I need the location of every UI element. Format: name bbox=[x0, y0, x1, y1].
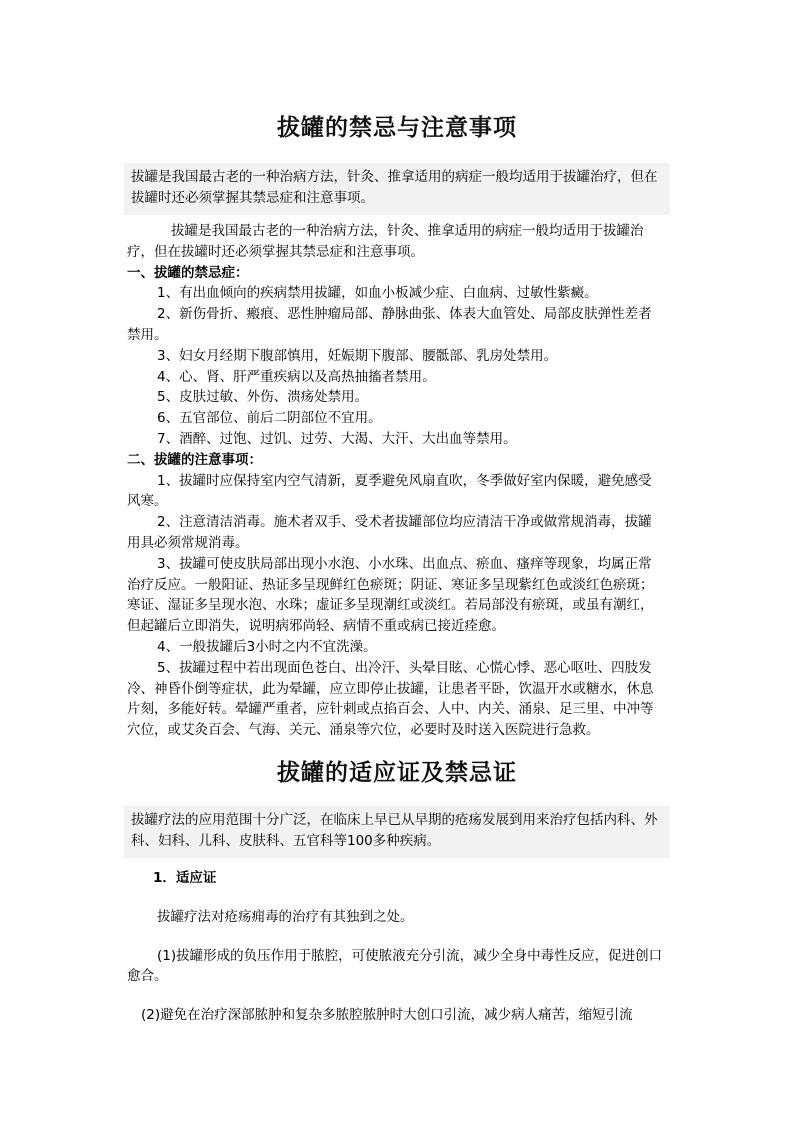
contraindication-item: 2、新伤骨折、瘢痕、恶性肿瘤局部、静脉曲张、体表大血管处、局部皮肤弹性差者禁用。 bbox=[127, 304, 663, 346]
indications-paragraph: (2)避免在治疗深部脓肿和复杂多脓腔脓肿时大创口引流，减少病人痛苦，缩短引流 bbox=[127, 1005, 663, 1026]
indications-heading: 1．适应证 bbox=[127, 868, 663, 889]
precaution-item: 2、注意清洁消毒。施术者双手、受术者拔罐部位均应清洁干净或做常规消毒，拔罐用具必… bbox=[127, 512, 663, 554]
contraindication-item: 4、心、肾、肝严重疾病以及高热抽搐者禁用。 bbox=[127, 367, 663, 388]
section-summary-box: 拔罐是我国最古老的一种治病方法，针灸、推拿适用的病症一般均适用于拔罐治疗，但在拔… bbox=[124, 163, 670, 215]
section-title-indications: 拔罐的适应证及禁忌证 bbox=[0, 758, 794, 788]
contraindication-item: 3、妇女月经期下腹部慎用，妊娠期下腹部、腰骶部、乳房处禁用。 bbox=[127, 346, 663, 367]
intro-paragraph: 拔罐是我国最古老的一种治病方法，针灸、推拿适用的病症一般均适用于拔罐治疗，但在拔… bbox=[127, 221, 663, 263]
section-body: 1．适应证 拔罐疗法对疮疡痈毒的治疗有其独到之处。 (1)拔罐形成的负压作用于脓… bbox=[127, 868, 663, 1026]
precaution-item: 4、一般拔罐后3小时之内不宜洗澡。 bbox=[127, 637, 663, 658]
precaution-item: 1、拔罐时应保持室内空气清新，夏季避免风扇直吹，冬季做好室内保暖，避免感受风寒。 bbox=[127, 471, 663, 513]
contraindications-heading: 一、拔罐的禁忌症： bbox=[127, 263, 663, 284]
indications-paragraph: 拔罐疗法对疮疡痈毒的治疗有其独到之处。 bbox=[127, 907, 663, 928]
section-body: 拔罐是我国最古老的一种治病方法，针灸、推拿适用的病症一般均适用于拔罐治疗，但在拔… bbox=[127, 221, 663, 741]
contraindication-item: 7、酒醉、过饱、过饥、过劳、大渴、大汗、大出血等禁用。 bbox=[127, 429, 663, 450]
contraindication-item: 1、有出血倾向的疾病禁用拔罐，如血小板减少症、白血病、过敏性紫癜。 bbox=[127, 283, 663, 304]
section-summary-box: 拔罐疗法的应用范围十分广泛，在临床上早已从早期的疮疡发展到用来治疗包括内科、外科… bbox=[124, 806, 670, 858]
document-page: 拔罐的禁忌与注意事项 拔罐是我国最古老的一种治病方法，针灸、推拿适用的病症一般均… bbox=[0, 0, 794, 1123]
precaution-item: 5、拔罐过程中若出现面色苍白、出冷汗、头晕目眩、心慌心悸、恶心呕吐、四肢发冷、神… bbox=[127, 658, 663, 741]
precaution-item: 3、拔罐可使皮肤局部出现小水泡、小水珠、出血点、瘀血、瘙痒等现象，均属正常治疗反… bbox=[127, 554, 663, 637]
contraindication-item: 6、五官部位、前后二阴部位不宜用。 bbox=[127, 408, 663, 429]
indications-paragraph: (1)拔罐形成的负压作用于脓腔，可使脓液充分引流，减少全身中毒性反应，促进创口愈… bbox=[127, 946, 663, 988]
section-title-contraindications-precautions: 拔罐的禁忌与注意事项 bbox=[0, 113, 794, 143]
precautions-heading: 二、拔罐的注意事项： bbox=[127, 450, 663, 471]
contraindication-item: 5、皮肤过敏、外伤、溃疡处禁用。 bbox=[127, 387, 663, 408]
